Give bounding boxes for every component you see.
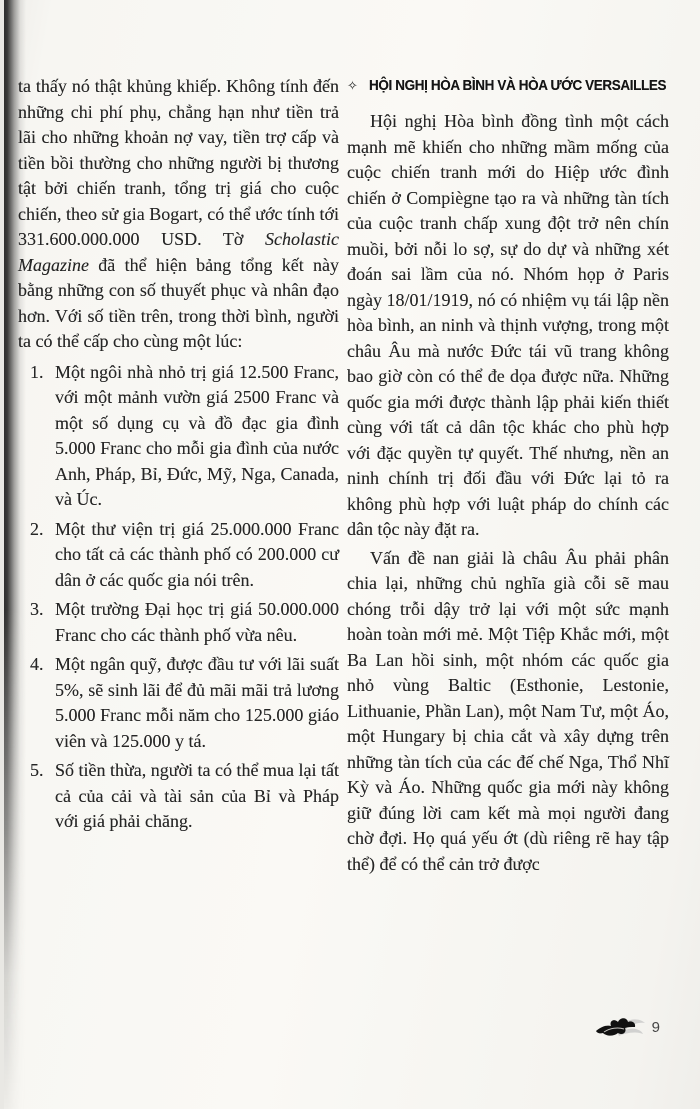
intro-text-before: ta thấy nó thật khủng khiếp. Không tính … [18,76,339,249]
page-edge [0,0,4,1109]
section-title: HỘI NGHỊ HÒA BÌNH VÀ HÒA ƯỚC VERSAILLES [369,78,666,95]
intro-paragraph: ta thấy nó thật khủng khiếp. Không tính … [18,74,339,355]
list-item-text: Số tiền thừa, người ta có thể mua lại tấ… [55,758,339,835]
list-item-text: Một thư viện trị giá 25.000.000 Franc ch… [55,517,339,594]
list-item-number: 1. [30,360,55,513]
left-column: ta thấy nó thật khủng khiếp. Không tính … [18,74,339,835]
right-column: ✧ HỘI NGHỊ HÒA BÌNH VÀ HÒA ƯỚC VERSAILLE… [347,78,669,877]
bird-ornament-icon [594,1014,646,1040]
paragraph-versailles-1: Hội nghị Hòa bình đồng tình một cách mạn… [347,109,669,543]
list-item: 4. Một ngân quỹ, được đầu tư với lãi suấ… [30,652,339,754]
list-item: 5. Số tiền thừa, người ta có thể mua lại… [30,758,339,835]
numbered-list: 1. Một ngôi nhà nhỏ trị giá 12.500 Franc… [18,360,339,835]
page-number: 9 [652,1019,660,1036]
list-item-number: 2. [30,517,55,594]
paragraph-versailles-2: Vấn đề nan giải là châu Âu phải phân chi… [347,546,669,878]
list-item: 1. Một ngôi nhà nhỏ trị giá 12.500 Franc… [30,360,339,513]
scanned-book-page: ta thấy nó thật khủng khiếp. Không tính … [0,0,700,1109]
list-item: 3. Một trường Đại học trị giá 50.000.000… [30,597,339,648]
list-item: 2. Một thư viện trị giá 25.000.000 Franc… [30,517,339,594]
list-item-text: Một ngân quỹ, được đầu tư với lãi suất 5… [55,652,339,754]
section-header: ✧ HỘI NGHỊ HÒA BÌNH VÀ HÒA ƯỚC VERSAILLE… [347,78,669,95]
list-item-number: 3. [30,597,55,648]
list-item-number: 4. [30,652,55,754]
list-item-text: Một ngôi nhà nhỏ trị giá 12.500 Franc, v… [55,360,339,513]
page-footer: 9 [594,1014,660,1040]
list-item-text: Một trường Đại học trị giá 50.000.000 Fr… [55,597,339,648]
list-item-number: 5. [30,758,55,835]
diamond-icon: ✧ [347,78,358,95]
